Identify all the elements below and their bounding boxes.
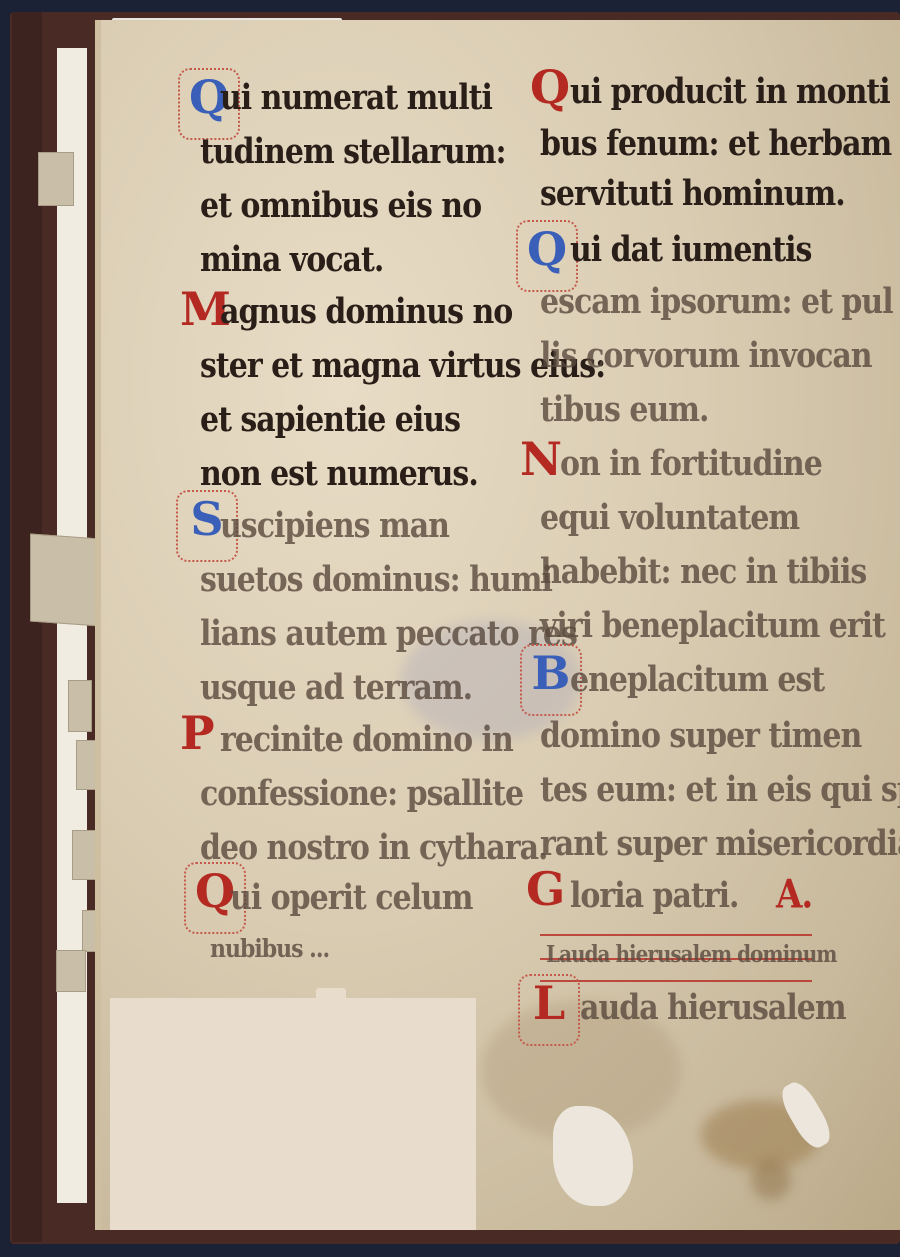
text-line: domino super timen — [540, 716, 861, 756]
text-line: et sapientie eius — [200, 400, 460, 440]
stub — [30, 534, 100, 627]
text-line: usque ad terram. — [200, 668, 472, 708]
paper-repair-patch — [110, 998, 476, 1230]
text-line: nubibus ... — [210, 934, 329, 964]
stub — [38, 152, 74, 206]
text-line: recinite domino in — [220, 720, 513, 760]
staff-line — [540, 934, 812, 936]
text-line: lis corvorum invocan — [540, 336, 872, 376]
text-line: ui numerat multi — [220, 78, 492, 118]
initial-g: G — [526, 866, 565, 912]
initial-b: B — [526, 650, 576, 710]
text-line: tes eum: et in eis qui spe — [540, 770, 900, 810]
text-line: eneplacitum est — [570, 660, 824, 700]
text-line: on in fortitudine — [560, 444, 822, 484]
text-line: escam ipsorum: et pul — [540, 282, 893, 322]
stub — [68, 680, 92, 732]
text-line: confessione: psallite — [200, 774, 523, 814]
initial-q2: Q — [522, 226, 572, 286]
text-line: ui producit in monti — [570, 72, 890, 112]
text-line: lians autem peccato res — [200, 614, 577, 654]
text-line: habebit: nec in tibiis — [540, 552, 866, 592]
text-line: loria patri. — [570, 876, 738, 916]
text-line: non est numerus. — [200, 454, 478, 494]
text-line: viri beneplacitum erit — [540, 606, 885, 646]
text-line: rant super misericordia eius. — [540, 824, 900, 864]
text-line: tibus eum. — [540, 390, 708, 430]
staff-line — [540, 980, 812, 982]
text-line: uscipiens man — [220, 506, 449, 546]
text-line: ui dat iumentis — [570, 230, 811, 270]
music-text-line: Lauda hierusalem dominum — [546, 940, 836, 968]
initial-n: N — [520, 436, 562, 482]
text-line: equi voluntatem — [540, 498, 799, 538]
initial-q: Q — [530, 64, 570, 110]
text-line: bus fenum: et herbam — [540, 124, 891, 164]
text-line: et omnibus eis no — [200, 186, 481, 226]
text-line: mina vocat. — [200, 240, 383, 280]
text-line: servituti hominum. — [540, 174, 845, 214]
text-line: auda hierusalem — [580, 988, 846, 1028]
text-line: suetos dominus: humi — [200, 560, 552, 600]
text-line: ui operit celum — [230, 878, 473, 918]
rubric-antiphon-mark: A. — [776, 872, 812, 918]
text-line: agnus dominus no — [220, 292, 512, 332]
initial-l: L — [524, 980, 574, 1040]
patch-tab — [316, 988, 346, 1002]
stub — [56, 950, 86, 992]
text-line: deo nostro in cythara. — [200, 828, 548, 868]
initial-p: P — [180, 710, 215, 756]
stain — [751, 1160, 791, 1200]
text-line: tudinem stellarum: — [200, 132, 506, 172]
